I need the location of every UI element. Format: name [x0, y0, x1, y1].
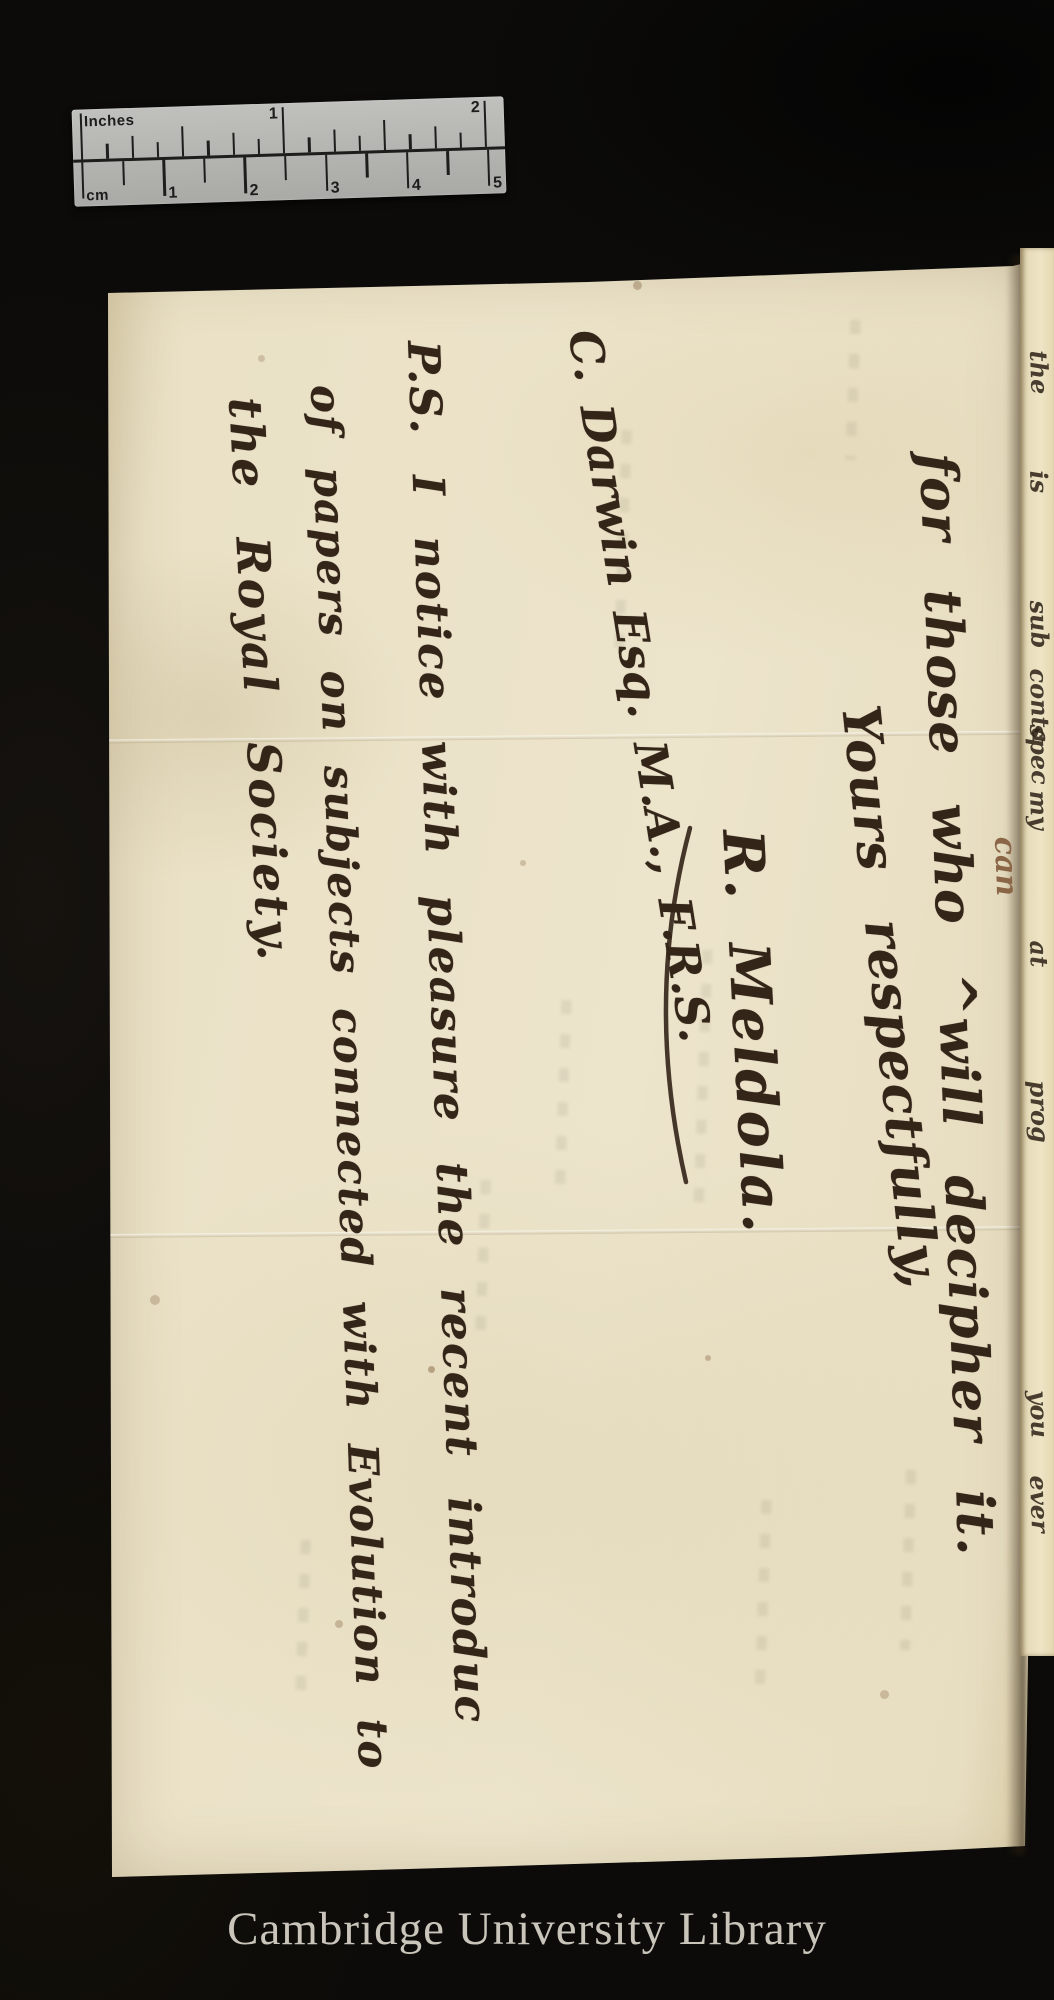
ink-showthrough — [295, 1540, 311, 1700]
foxing-spot — [150, 1295, 160, 1305]
insertion-can: can — [987, 836, 1024, 897]
inch-tick — [409, 134, 412, 149]
adjacent-page-edge: theissubcontaspecmyatprogyouever — [1020, 248, 1054, 1656]
inch-tick — [434, 126, 437, 148]
ink-showthrough — [555, 1000, 572, 1200]
inch-tick — [282, 107, 286, 153]
ink-showthrough — [755, 1500, 772, 1700]
inch-tick — [131, 136, 134, 158]
cm-tick — [81, 162, 85, 198]
ruler: Inches 12 cm 12345 — [72, 96, 507, 207]
adjacent-page-text-fragment: ever — [1024, 1475, 1054, 1533]
inch-tick — [232, 133, 235, 155]
cm-tick — [487, 150, 491, 186]
foxing-spot — [880, 1690, 889, 1699]
inch-tick — [308, 137, 311, 152]
inch-tick — [358, 136, 361, 151]
cm-number: 4 — [412, 177, 421, 195]
adjacent-page-text-fragment: at — [1024, 940, 1054, 968]
cm-tick — [325, 155, 329, 191]
cm-number: 3 — [331, 179, 340, 197]
cm-number: 2 — [249, 182, 258, 200]
ink-showthrough — [846, 320, 861, 460]
foxing-spot — [520, 860, 526, 866]
ink-showthrough — [900, 1470, 916, 1650]
inch-tick — [257, 139, 260, 154]
foxing-spot — [258, 355, 265, 362]
cm-tick — [162, 160, 166, 196]
inch-number: 2 — [455, 99, 480, 118]
ruler-inches-label: Inches — [84, 112, 135, 131]
cm-tick — [406, 152, 410, 188]
cm-tick — [365, 154, 368, 178]
adjacent-page-text-fragment: spec — [1024, 724, 1054, 785]
cm-tick — [284, 156, 287, 180]
inch-number: 1 — [254, 105, 279, 124]
cm-number: 5 — [493, 174, 502, 192]
inch-tick — [383, 120, 386, 150]
cm-tick — [244, 157, 248, 193]
adjacent-page-text-fragment: you — [1024, 1390, 1054, 1438]
cm-tick — [203, 159, 206, 183]
cm-tick — [122, 161, 125, 185]
inch-tick — [459, 133, 462, 148]
ruler-cm-label: cm — [86, 187, 109, 205]
photograph-stage: Inches 12 cm 12345 for those who ^will d… — [0, 0, 1054, 2000]
library-watermark: Cambridge University Library — [0, 1902, 1054, 1956]
inch-tick — [333, 130, 336, 152]
foxing-spot — [705, 1355, 711, 1361]
foxing-spot — [335, 1620, 343, 1628]
adjacent-page-text-fragment: prog — [1024, 1080, 1054, 1143]
cm-number: 1 — [168, 185, 177, 203]
inch-tick — [106, 144, 109, 159]
adjacent-page-text-fragment: is — [1024, 470, 1054, 494]
cm-tick — [446, 151, 449, 175]
inch-tick — [181, 126, 184, 156]
adjacent-page-text-fragment: my — [1024, 790, 1054, 830]
adjacent-page-text-fragment: sub — [1024, 600, 1054, 649]
inch-tick — [156, 142, 159, 157]
adjacent-page-text-fragment: the — [1024, 350, 1054, 395]
inch-tick — [484, 101, 488, 147]
inch-tick — [207, 140, 210, 155]
foxing-spot — [633, 281, 642, 290]
